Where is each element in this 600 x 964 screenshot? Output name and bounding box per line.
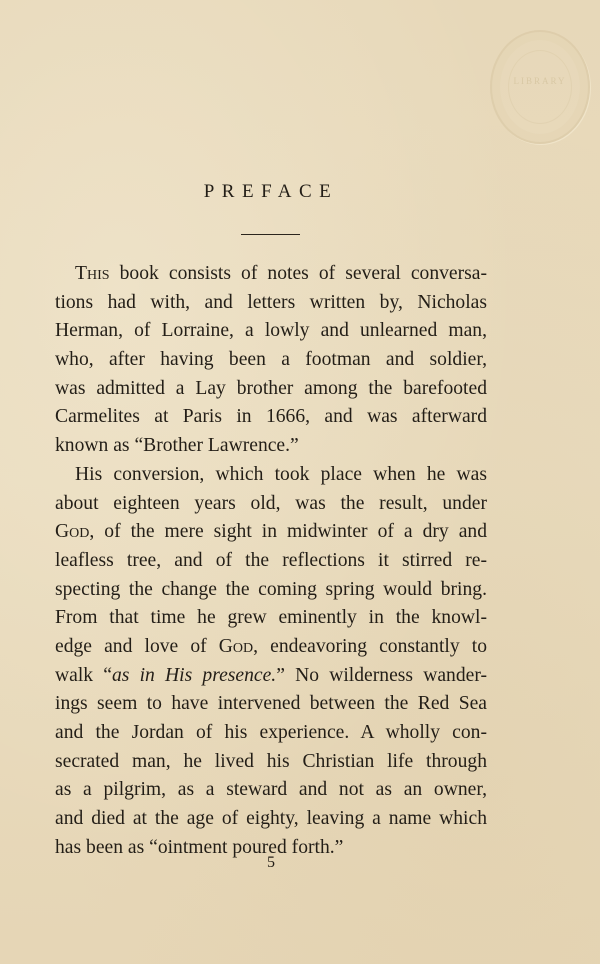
preface-body: This book consists of notes of several c…: [55, 260, 487, 862]
text-line: specting the change the coming spring wo…: [55, 576, 487, 605]
text-line: ings seem to have intervened between the…: [55, 690, 487, 719]
page-number: 5: [0, 853, 542, 873]
page-title: PREFACE: [0, 180, 542, 204]
text-line: as a pilgrim, as a steward and not as an…: [55, 776, 487, 805]
text-line: This book consists of notes of several c…: [55, 260, 487, 289]
text-segment: known as “Brother Lawrence.”: [55, 435, 299, 456]
stamp-inner-ring: [508, 50, 572, 124]
text-segment: edge and love of: [55, 636, 219, 657]
text-segment: His conversion, which took place when he…: [75, 464, 487, 485]
paragraph-1: This book consists of notes of several c…: [55, 260, 487, 461]
text-line: Carmelites at Paris in 1666, and was aft…: [55, 403, 487, 432]
text-line: Herman, of Lorraine, a lowly and unlearn…: [55, 317, 487, 346]
text-segment: Herman, of Lorraine, a lowly and unlearn…: [55, 320, 487, 341]
text-segment: Carmelites at Paris in 1666, and was aft…: [55, 406, 487, 427]
text-line: tions had with, and letters written by, …: [55, 289, 487, 318]
text-line: walk “as in His presence.” No wilderness…: [55, 662, 487, 691]
text-line: was admitted a Lay brother among the bar…: [55, 375, 487, 404]
text-segment: about eighteen years old, was the result…: [55, 493, 487, 514]
text-segment: tions had with, and letters written by, …: [55, 292, 487, 313]
text-segment: and the Jordan of his experience. A whol…: [55, 722, 487, 743]
embossed-library-stamp-icon: LIBRARY: [490, 30, 590, 144]
text-segment: , of the mere sight in midwinter of a dr…: [89, 521, 487, 542]
italic-phrase: as in His presence.: [112, 665, 276, 686]
small-caps-word: God: [55, 521, 89, 542]
text-segment: book consists of notes of several conver…: [110, 263, 487, 284]
paragraph-2: His conversion, which took place when he…: [55, 461, 487, 863]
text-segment: was admitted a Lay brother among the bar…: [55, 378, 487, 399]
text-segment: From that time he grew eminently in the …: [55, 607, 487, 628]
small-caps-word: God: [219, 636, 253, 657]
text-line: about eighteen years old, was the result…: [55, 490, 487, 519]
book-page: LIBRARY PREFACE This book consists of no…: [0, 0, 600, 964]
text-line: His conversion, which took place when he…: [55, 461, 487, 490]
text-line: and the Jordan of his experience. A whol…: [55, 719, 487, 748]
text-line: From that time he grew eminently in the …: [55, 604, 487, 633]
text-segment: ” No wilderness wander-: [276, 665, 487, 686]
text-segment: secrated man, he lived his Christian lif…: [55, 751, 487, 772]
text-segment: leafless tree, and of the reflections it…: [55, 550, 487, 571]
text-segment: specting the change the coming spring wo…: [55, 579, 487, 600]
text-segment: , endeavoring constantly to: [253, 636, 487, 657]
small-caps-word: This: [75, 263, 110, 284]
text-line: edge and love of God, endeavoring consta…: [55, 633, 487, 662]
text-segment: and died at the age of eighty, leaving a…: [55, 808, 487, 829]
text-line: known as “Brother Lawrence.”: [55, 432, 487, 461]
text-line: God, of the mere sight in midwinter of a…: [55, 518, 487, 547]
text-segment: as a pilgrim, as a steward and not as an…: [55, 779, 487, 800]
text-line: secrated man, he lived his Christian lif…: [55, 748, 487, 777]
heading-divider: [241, 234, 300, 235]
text-segment: ings seem to have intervened between the…: [55, 693, 487, 714]
stamp-text: LIBRARY: [492, 76, 588, 86]
text-line: leafless tree, and of the reflections it…: [55, 547, 487, 576]
text-segment: walk “: [55, 665, 112, 686]
text-segment: who, after having been a footman and sol…: [55, 349, 487, 370]
text-line: and died at the age of eighty, leaving a…: [55, 805, 487, 834]
text-line: who, after having been a footman and sol…: [55, 346, 487, 375]
